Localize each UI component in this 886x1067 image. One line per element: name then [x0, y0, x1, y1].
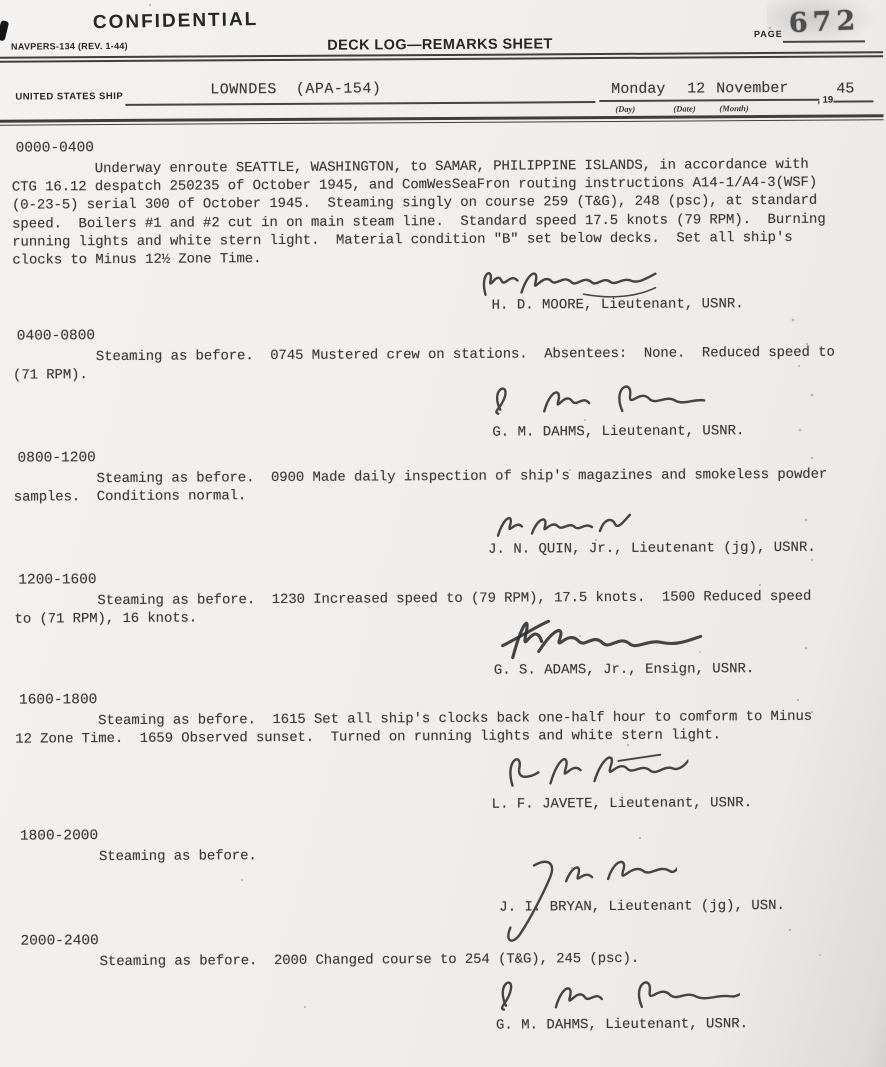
remarks-paragraph: Steaming as before. 2000 Changed course …: [17, 950, 640, 972]
year-prefix: , 19: [817, 95, 833, 106]
signature-name: G. M. DAHMS, Lieutenant, USNR.: [492, 423, 744, 441]
watch-period: 1600-1800: [19, 692, 97, 708]
signature-handwriting-javete: [498, 747, 688, 796]
date-caption: (Date): [673, 103, 695, 113]
remarks-paragraph: Steaming as before. 0900 Made daily insp…: [14, 466, 828, 507]
watch-period: 0000-0400: [16, 140, 94, 156]
month-caption: (Month): [719, 103, 748, 113]
month-value: November: [716, 80, 788, 97]
remarks-paragraph: Steaming as before. 1615 Set all ship's …: [15, 708, 812, 749]
signature-name: J. N. QUIN, Jr., Lieutenant (jg), USNR.: [488, 540, 816, 558]
year-value: 45: [836, 80, 854, 97]
typed-line: Steaming as before. 2000 Changed course …: [17, 950, 640, 972]
date-value: 12: [687, 80, 705, 97]
ship-name-underline: [125, 101, 595, 105]
signature-handwriting-dahms-2: [490, 974, 740, 1020]
signature-handwriting-quin: [488, 509, 638, 542]
watch-period: 1200-1600: [18, 572, 96, 588]
day-caption: (Day): [615, 104, 635, 114]
ship-label: UNITED STATES SHIP: [15, 91, 123, 103]
signature-name: G. M. DAHMS, Lieutenant, USNR.: [496, 1016, 748, 1034]
classification-stamp: CONFIDENTIAL: [93, 9, 259, 34]
ship-name-value: LOWNDES (APA-154): [210, 80, 381, 98]
signature-handwriting-dahms: [486, 380, 711, 421]
watch-period: 1800-2000: [20, 828, 98, 844]
year-underline: [833, 100, 873, 102]
scanned-form-content: CONFIDENTIAL PAGE 672 NAVPERS-134 (REV. …: [0, 0, 886, 1067]
date-underline: [599, 99, 819, 102]
remarks-paragraph: Underway enroute SEATTLE, WASHINGTON, to…: [12, 156, 826, 270]
remarks-paragraph: Steaming as before. 0745 Mustered crew o…: [13, 344, 835, 385]
signature-name: G. S. ADAMS, Jr., Ensign, USNR.: [494, 661, 755, 679]
typed-line: clocks to Minus 12½ Zone Time.: [12, 247, 826, 270]
signature-name: L. F. JAVETE, Lieutenant, USNR.: [492, 795, 753, 813]
signature-handwriting-adams: [488, 612, 703, 663]
day-value: Monday: [611, 81, 665, 98]
signature-name: H. D. MOORE, Lieutenant, USNR.: [492, 296, 744, 314]
signature-name: J. I. BRYAN, Lieutenant (jg), USN.: [499, 898, 785, 916]
watch-period: 0800-1200: [17, 450, 95, 466]
remarks-paragraph: Steaming as before.: [16, 847, 257, 867]
watch-period: 0400-0800: [17, 328, 95, 344]
typed-line: 12 Zone Time. 1659 Observed sunset. Turn…: [15, 726, 812, 749]
typed-line: Steaming as before.: [16, 847, 257, 867]
typed-line: samples. Conditions normal.: [14, 484, 828, 507]
deck-log-remarks-sheet: CONFIDENTIAL PAGE 672 NAVPERS-134 (REV. …: [0, 0, 886, 1067]
scan-corner-mark: [0, 20, 9, 41]
watch-period: 2000-2400: [20, 933, 98, 949]
